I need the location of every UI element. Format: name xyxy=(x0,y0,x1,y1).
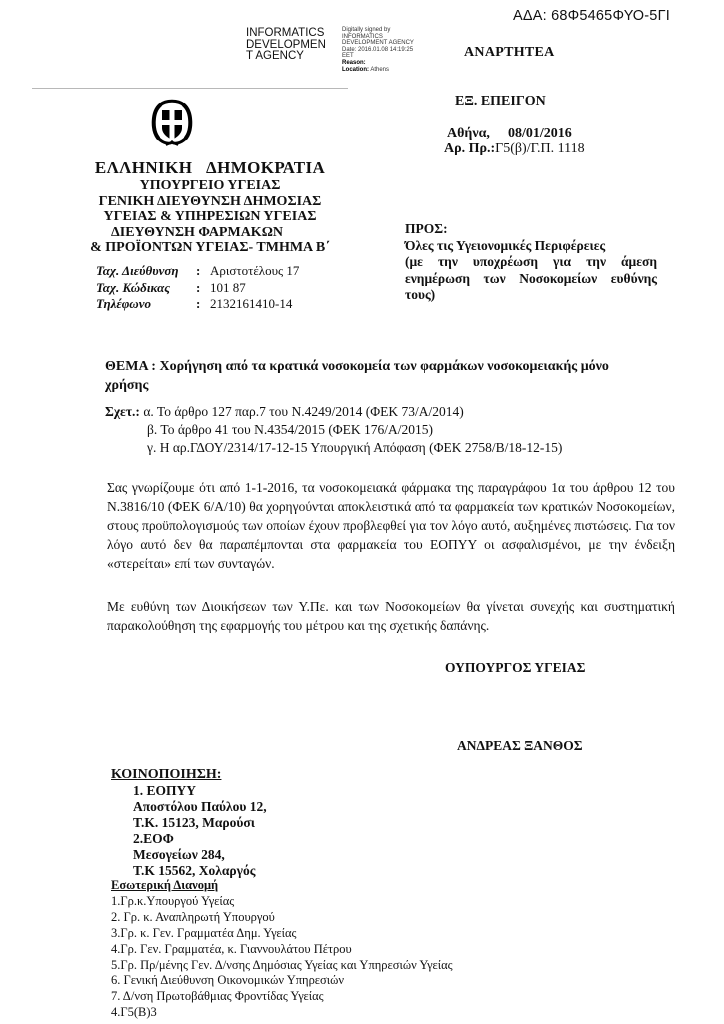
recipient-block: ΠΡΟΣ: Όλες τις Υγειονομικές Περιφέρειες … xyxy=(405,221,657,304)
notification-line: Τ.Κ. 15123, Μαρούσι xyxy=(111,815,267,831)
notification-line: 1. ΕΟΠΥΥ xyxy=(111,783,267,799)
notification-line: Αποστόλου Παύλου 12, xyxy=(111,799,267,815)
contact-label: Ταχ. Κώδικας xyxy=(96,280,196,297)
references: Σχετ.: α. Το άρθρο 127 παρ.7 του Ν.4249/… xyxy=(105,403,562,457)
contact-postcode: Ταχ. Κώδικας:101 87 xyxy=(96,280,299,297)
signature-line: DEVELOPMENT AGENCY xyxy=(342,40,414,47)
notification-line: Μεσογείων 284, xyxy=(111,847,267,863)
place-date: Αθήνα,08/01/2016 xyxy=(447,126,572,142)
signature-location: Location: Athens xyxy=(342,67,414,74)
contact-value: 101 87 xyxy=(210,280,246,297)
signatory-name: ΑΝΔΡΕΑΣ ΞΑΝΘΟΣ xyxy=(457,738,583,754)
distribution-item: 4.Γ5(Β)3 xyxy=(111,1005,453,1021)
digital-signature-block[interactable]: Digitally signed by INFORMATICS DEVELOPM… xyxy=(342,27,414,73)
notification-label: ΚΟΙΝΟΠΟΙΗΣΗ: xyxy=(111,767,267,783)
body-paragraph: Με ευθύνη των Διοικήσεων των Υ.Πε. και τ… xyxy=(107,597,675,635)
directorate-line: ΔΙΕΥΘΥΝΣΗ ΦΑΡΜΑΚΩΝ xyxy=(70,225,350,241)
recipient-line: Όλες τις Υγειονομικές Περιφέρειες xyxy=(405,238,657,255)
notification-line: Τ.Κ 15562, Χολαργός xyxy=(111,863,267,879)
location-value: Athens xyxy=(370,67,389,73)
ada-code: ΑΔΑ: 68Φ5465ΦΥΟ-5ΓΙ xyxy=(513,8,670,24)
contact-separator: : xyxy=(196,296,210,313)
signer-org-line: INFORMATICS xyxy=(246,28,326,40)
contact-value: Αριστοτέλους 17 xyxy=(210,263,299,280)
country-name: ΕΛΛΗΝΙΚΗ ΔΗΜΟΚΡΑΤΙΑ xyxy=(70,158,350,178)
recipient-label: ΠΡΟΣ: xyxy=(405,221,657,238)
directorate-line: ΥΓΕΙΑΣ & ΥΠΗΡΕΣΙΩΝ ΥΓΕΙΑΣ xyxy=(70,209,350,225)
directorate-line: ΓΕΝΙΚΗ ΔΙΕΥΘΥΝΣΗ ΔΗΜΟΣΙΑΣ xyxy=(70,194,350,210)
contact-separator: : xyxy=(196,280,210,297)
distribution-item: 2. Γρ. κ. Αναπληρωτή Υπουργού xyxy=(111,910,453,926)
recipient-line: ενημέρωση των Νοσοκομείων ευθύνης xyxy=(405,271,657,288)
contact-label: Τηλέφωνο xyxy=(96,296,196,313)
distribution-item: 3.Γρ. κ. Γεν. Γραμματέα Δημ. Υγείας xyxy=(111,926,453,942)
subject-label: ΘΕΜΑ : xyxy=(105,359,156,374)
subject-text: Χορήγηση από τα κρατικά νοσοκομεία των φ… xyxy=(105,359,609,393)
recipient-line: τους) xyxy=(405,287,657,304)
signer-organization: INFORMATICS DEVELOPMEN T AGENCY xyxy=(246,28,326,63)
protocol-number: Αρ. Πρ.:Γ5(β)/Γ.Π. 1118 xyxy=(444,141,585,157)
contact-separator: : xyxy=(196,263,210,280)
signature-line: Date: 2016.01.08 14:19:25 xyxy=(342,47,414,54)
signatory-title: ΟΥΠΟΥΡΓΟΣ ΥΓΕΙΑΣ xyxy=(445,660,586,676)
urgency-label: ΕΞ. ΕΠΕΙΓΟΝ xyxy=(455,94,546,110)
contact-label: Ταχ. Διεύθυνση xyxy=(96,263,196,280)
subject: ΘΕΜΑ : Χορήγηση από τα κρατικά νοσοκομεί… xyxy=(105,357,615,395)
distribution-item: 5.Γρ. Πρ/μένης Γεν. Δ/νσης Δημόσιας Υγεί… xyxy=(111,958,453,974)
posted-stamp: ΑΝΑΡΤΗΤΕΑ xyxy=(464,45,555,61)
notification-line: 2.ΕΟΦ xyxy=(111,831,267,847)
sender-contacts: Ταχ. Διεύθυνση:Αριστοτέλους 17 Ταχ. Κώδι… xyxy=(96,263,299,313)
document-date: 08/01/2016 xyxy=(508,126,572,141)
reference-item: Σχετ.: α. Το άρθρο 127 παρ.7 του Ν.4249/… xyxy=(105,403,562,421)
signature-line: Digitally signed by xyxy=(342,27,414,34)
reference-item: β. Το άρθρο 41 του Ν.4354/2015 (ΦΕΚ 176/… xyxy=(105,421,562,439)
location-label: Location: xyxy=(342,67,369,73)
protocol-value: Γ5(β)/Γ.Π. 1118 xyxy=(495,141,584,156)
sender-heading: ΕΛΛΗΝΙΚΗ ΔΗΜΟΚΡΑΤΙΑ ΥΠΟΥΡΓΕΙΟ ΥΓΕΙΑΣ ΓΕΝ… xyxy=(70,158,350,256)
internal-distribution: Εσωτερική Διανομή 1.Γρ.κ.Υπουργού Υγείας… xyxy=(111,878,453,1021)
signature-reason: Reason: xyxy=(342,60,414,67)
distribution-item: 4.Γρ. Γεν. Γραμματέα, κ. Γιαννουλάτου Πέ… xyxy=(111,942,453,958)
signature-line: INFORMATICS xyxy=(342,34,414,41)
signature-line: EET xyxy=(342,53,414,60)
ministry-line: ΥΠΟΥΡΓΕΙΟ ΥΓΕΙΑΣ xyxy=(70,178,350,194)
reference-text: γ. Η αρ.ΓΔΟΥ/2314/17-12-15 Υπουργική Από… xyxy=(147,440,562,455)
reference-text: α. Το άρθρο 127 παρ.7 του Ν.4249/2014 (Φ… xyxy=(143,404,463,419)
reference-text: β. Το άρθρο 41 του Ν.4354/2015 (ΦΕΚ 176/… xyxy=(147,422,433,437)
contact-value: 2132161410-14 xyxy=(210,296,292,313)
distribution-item: 7. Δ/νση Πρωτοβάθμιας Φροντίδας Υγείας xyxy=(111,989,453,1005)
distribution-item: 6. Γενική Διεύθυνση Οικονομικών Υπηρεσιώ… xyxy=(111,973,453,989)
greek-coat-of-arms-icon xyxy=(150,98,194,150)
protocol-label: Αρ. Πρ.: xyxy=(444,141,495,156)
recipient-line: (με την υποχρέωση για την άμεση xyxy=(405,254,657,271)
signer-org-line: T AGENCY xyxy=(246,51,326,63)
reference-item: γ. Η αρ.ΓΔΟΥ/2314/17-12-15 Υπουργική Από… xyxy=(105,439,562,457)
header-rule xyxy=(32,88,348,89)
distribution-item: 1.Γρ.κ.Υπουργού Υγείας xyxy=(111,894,453,910)
place: Αθήνα, xyxy=(447,126,490,141)
department-line: & ΠΡΟΪΟΝΤΩΝ ΥΓΕΙΑΣ- ΤΜΗΜΑ Β΄ xyxy=(70,240,350,256)
notification-block: ΚΟΙΝΟΠΟΙΗΣΗ: 1. ΕΟΠΥΥ Αποστόλου Παύλου 1… xyxy=(111,767,267,879)
internal-distribution-label: Εσωτερική Διανομή xyxy=(111,878,453,894)
contact-address: Ταχ. Διεύθυνση:Αριστοτέλους 17 xyxy=(96,263,299,280)
references-label: Σχετ.: xyxy=(105,404,140,419)
contact-phone: Τηλέφωνο:2132161410-14 xyxy=(96,296,299,313)
body-paragraph: Σας γνωρίζουμε ότι από 1-1-2016, τα νοσο… xyxy=(107,478,675,573)
